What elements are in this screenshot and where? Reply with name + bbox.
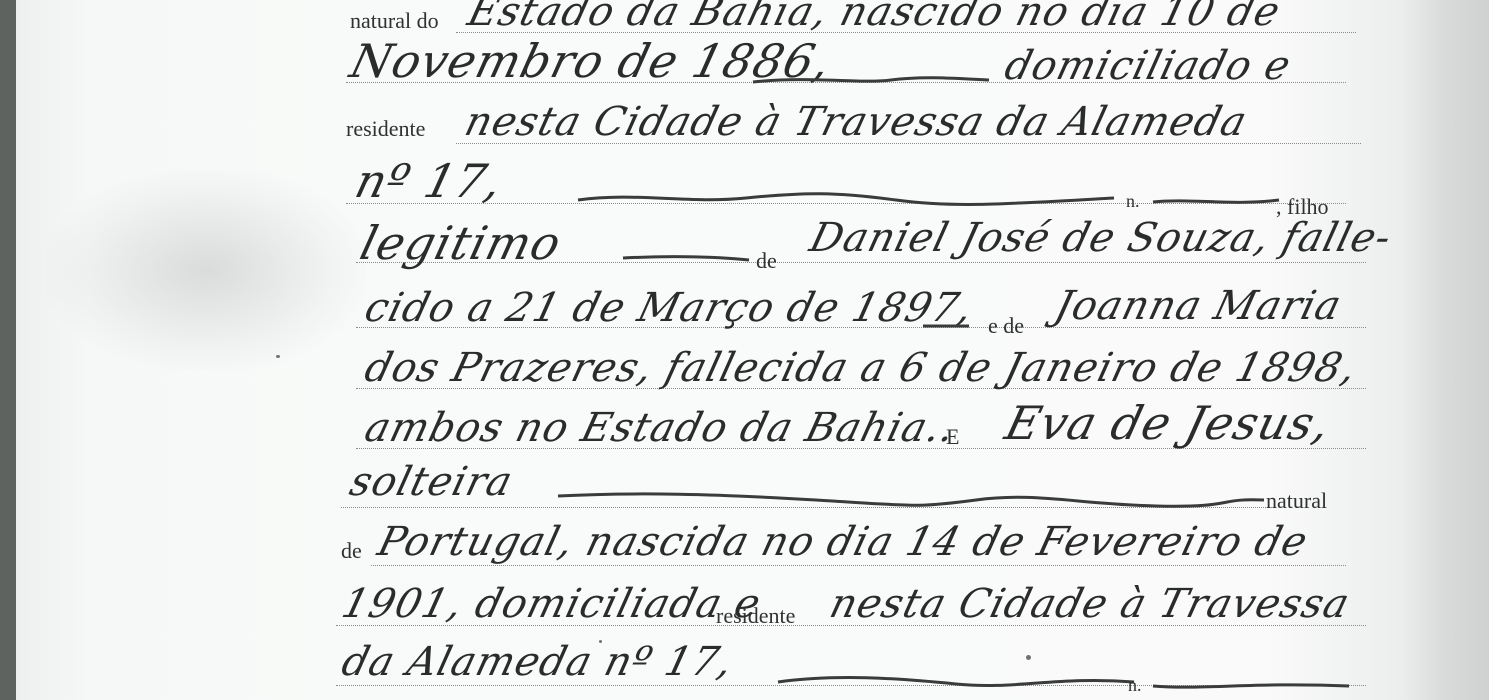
- label-residente-bride: residente: [716, 605, 795, 627]
- handwritten-bride-birthplace-date: Portugal, nascida no dia 14 de Fevereiro…: [374, 522, 1312, 562]
- handwritten-bride-address: nesta Cidade à Travessa: [826, 584, 1354, 624]
- handwritten-legitimate: legitimo: [356, 220, 566, 266]
- label-de: de: [756, 250, 777, 272]
- label-de-birthplace: de: [341, 540, 362, 562]
- handwritten-address: nesta Cidade à Travessa da Alameda: [461, 102, 1251, 142]
- handwritten-birthplace-date: Estado da Bahia, nascido no dia 10 de: [464, 0, 1284, 32]
- scan-speck: [1026, 655, 1031, 660]
- handwritten-bride-birth-year-domiciled: 1901, domiciliada e: [338, 584, 765, 624]
- dotted-fill-line: [371, 565, 1346, 566]
- label-natural-do: natural do: [350, 10, 439, 32]
- handwritten-domiciled: domiciliado e: [1001, 46, 1295, 86]
- handwritten-bride-address-number: da Alameda nº 17,: [338, 642, 737, 682]
- label-residente: residente: [346, 118, 425, 140]
- ink-flourish-line: [921, 318, 971, 334]
- ink-flourish-line: [556, 490, 1266, 506]
- ink-flourish-line: [751, 72, 991, 88]
- label-n: n.: [1126, 192, 1140, 210]
- handwritten-mother-surname-death-date: dos Prazeres, fallecida a 6 de Janeiro d…: [361, 348, 1361, 388]
- scan-speck: [599, 640, 602, 643]
- label-E: E: [946, 426, 959, 448]
- handwritten-marital-status: solteira: [346, 462, 517, 502]
- ink-flourish-line: [776, 672, 1136, 688]
- handwritten-father-death-date: cido a 21 de Março de 1897,: [361, 288, 977, 328]
- ink-flourish-line: [576, 190, 1116, 206]
- label-e-de: e de: [988, 315, 1024, 337]
- ink-flourish-line: [1151, 678, 1351, 694]
- handwritten-father-name: Daniel José de Souza, falle-: [806, 218, 1396, 258]
- label-n-bride: n.: [1128, 676, 1142, 694]
- handwritten-bride-name: Eva de Jesus,: [1001, 400, 1336, 446]
- ink-flourish-line: [621, 250, 751, 266]
- handwritten-parents-location: ambos no Estado da Bahia..: [361, 408, 960, 448]
- handwritten-mother-name: Joanna Maria: [1051, 286, 1346, 326]
- ink-flourish-line: [1151, 194, 1281, 210]
- handwritten-house-number: nº 17,: [351, 158, 508, 204]
- scan-speck: [276, 355, 280, 358]
- scanned-document-page: natural do Estado da Bahia, nascido no d…: [16, 0, 1489, 700]
- label-natural: natural: [1266, 490, 1327, 512]
